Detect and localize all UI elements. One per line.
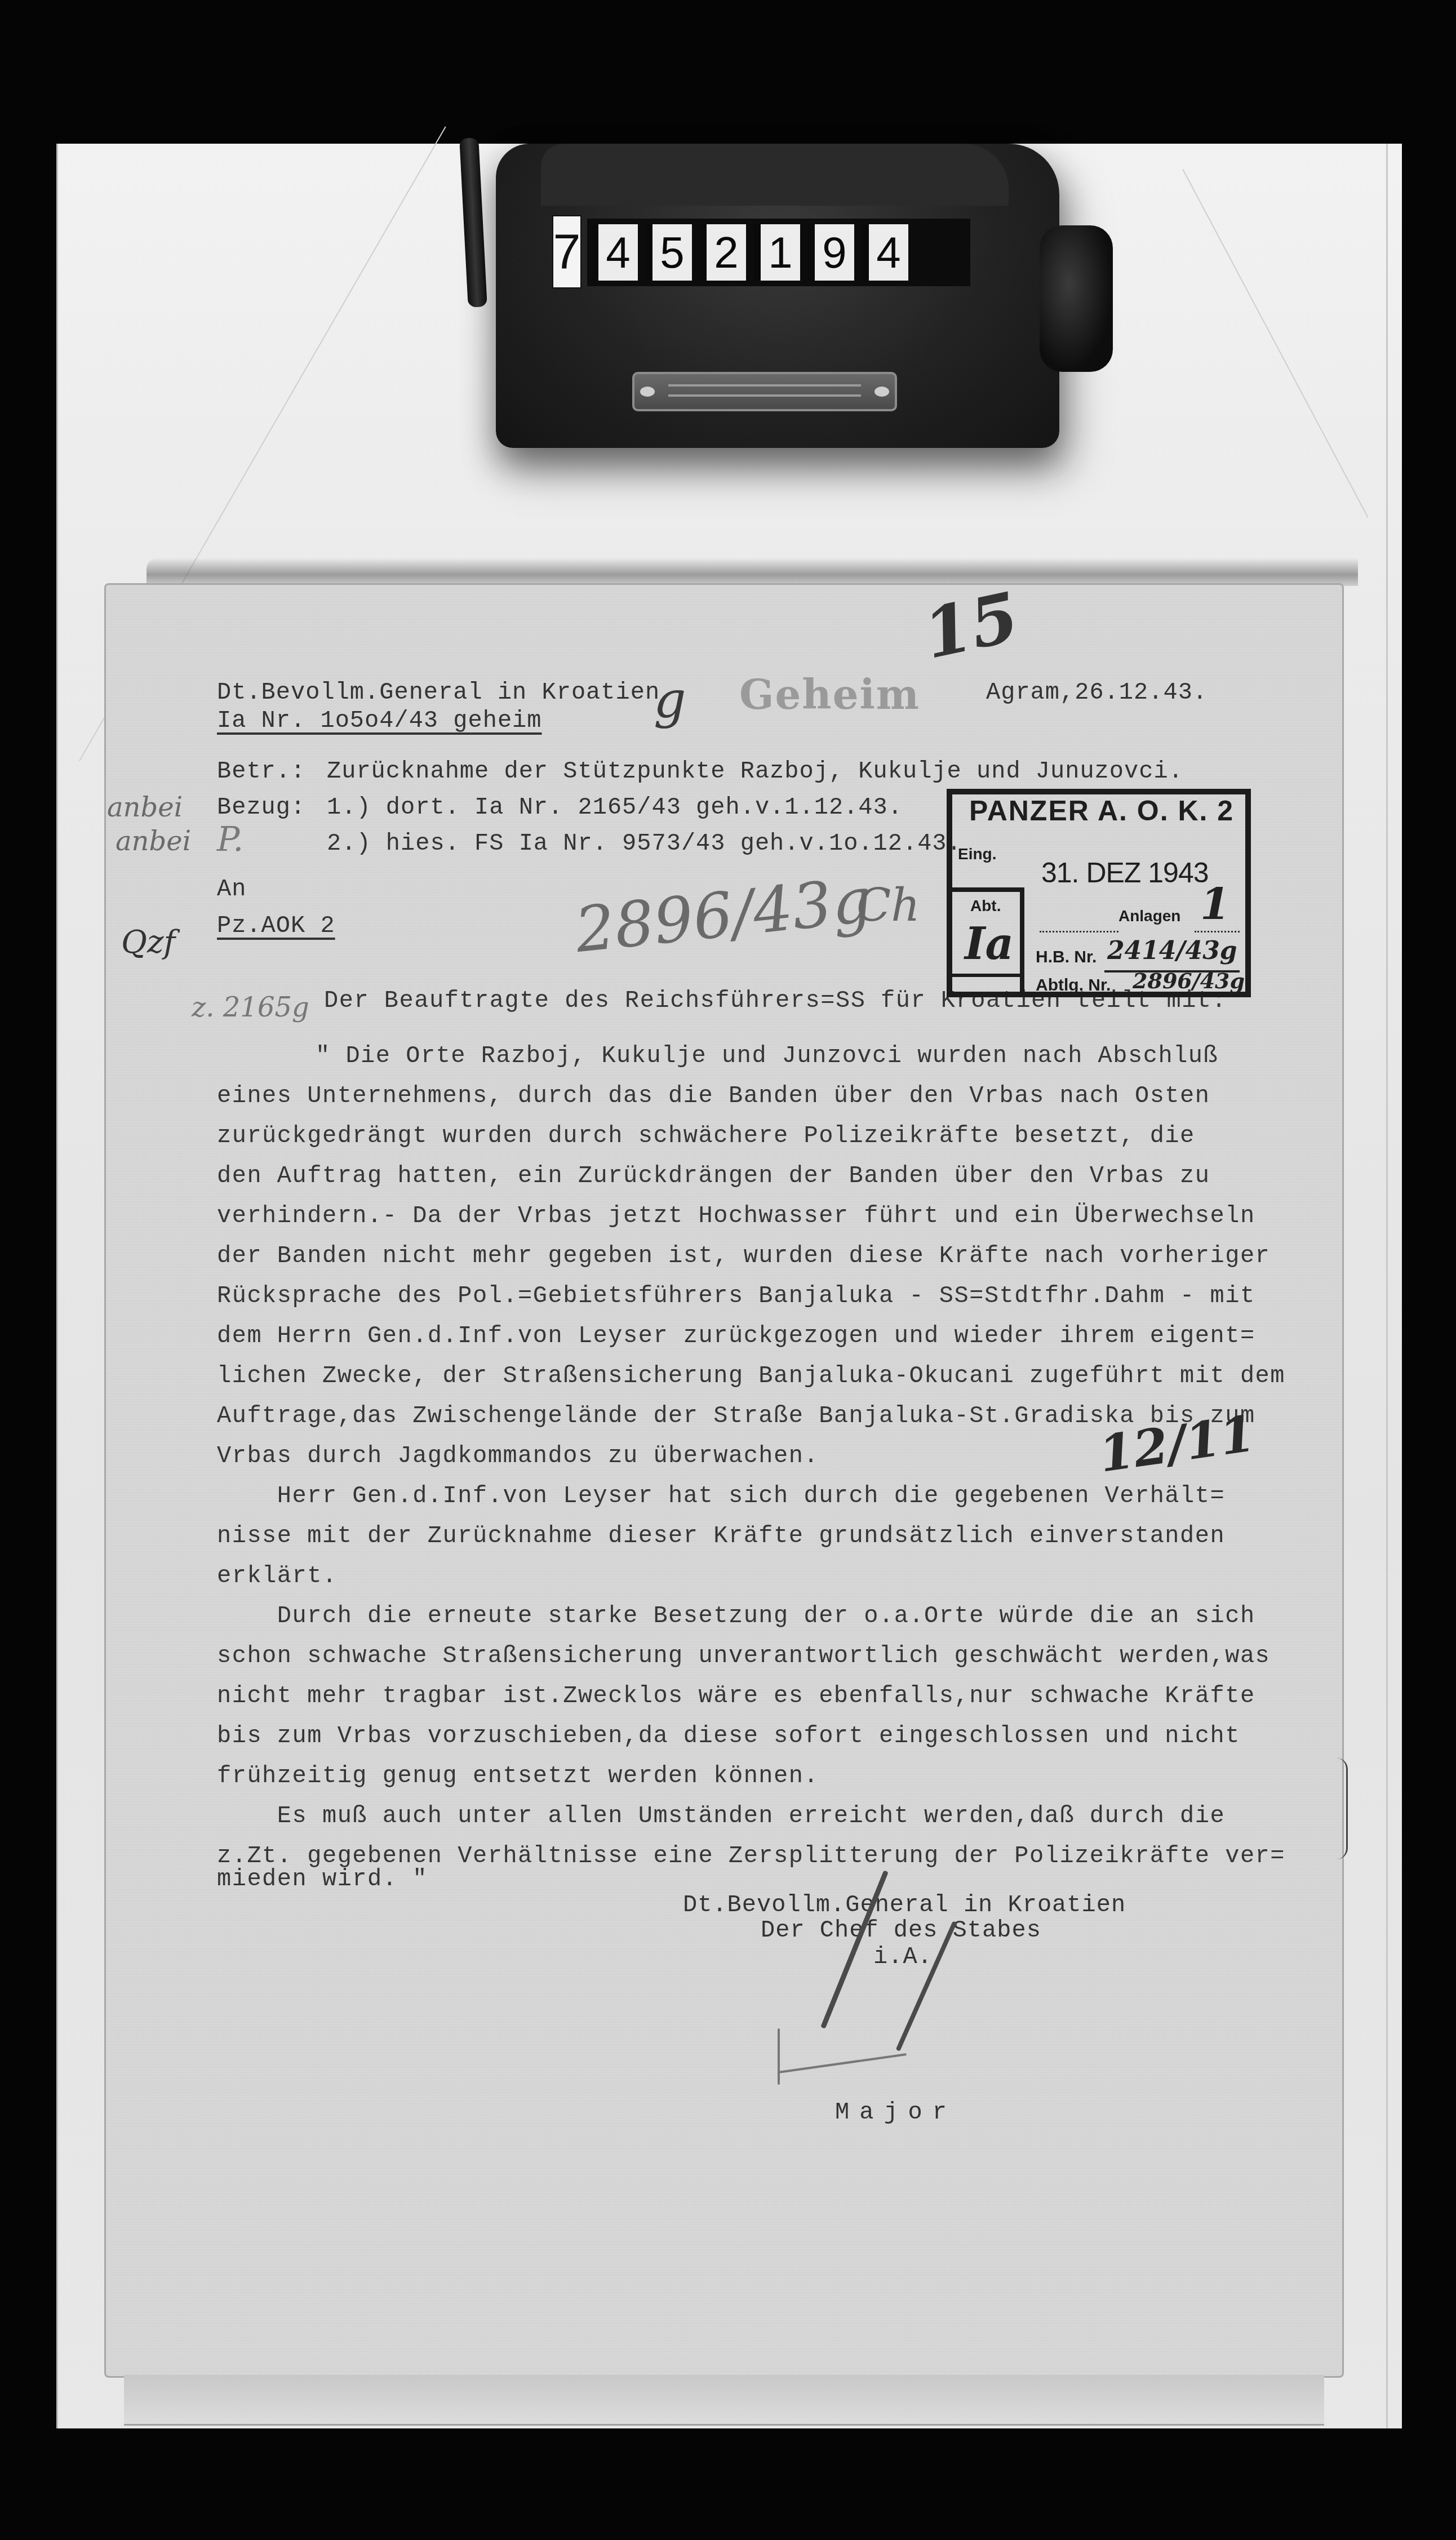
signature-ia: i.A.	[873, 1945, 933, 1969]
body-line: bis zum Vrbas vorzuschieben,da diese sof…	[217, 1722, 1240, 1749]
folder-edge	[1386, 144, 1388, 2428]
margin-reference: z. 2165g	[192, 992, 309, 1023]
sender-reference-number: Ia Nr. 1o5o4/43 geheim	[217, 709, 542, 732]
counter-digit: 1	[754, 224, 800, 281]
reference-item: 1.) dort. Ia Nr. 2165/43 geh.v.1.12.43.	[327, 796, 903, 819]
signature-title: Der Chef des Stabes	[761, 1919, 1041, 1942]
counter-nameplate	[632, 372, 897, 411]
signature-rank: Major	[835, 2101, 957, 2124]
body-line: zurückgedrängt wurden durch schwächere P…	[217, 1122, 1195, 1149]
body-line: nisse mit der Zurücknahme dieser Kräfte …	[217, 1522, 1225, 1549]
body-line: mieden wird. "	[217, 1866, 428, 1893]
body-line: den Auftrag hatten, ein Zurückdrängen de…	[217, 1162, 1210, 1189]
classification-stamp: Geheim	[739, 670, 920, 718]
body-line: lichen Zwecke, der Straßensicherung Banj…	[217, 1362, 1285, 1389]
sender-line-1: Dt.Bevollm.General in Kroatien	[217, 681, 660, 704]
stamp-abtlg-label: Abtlg. Nr.	[1036, 976, 1111, 995]
counter-digit: 4	[592, 224, 638, 281]
stamp-anlagen-label: Anlagen	[1118, 907, 1180, 925]
reference-item: 2.) hies. FS Ia Nr. 9573/43 geh.v.1o.12.…	[327, 832, 962, 855]
counter-prefix-label: 7	[552, 215, 581, 288]
subject-text: Zurücknahme der Stützpunkte Razboj, Kuku…	[327, 760, 1183, 783]
body-line: Durch die erneute starke Besetzung der o…	[217, 1602, 1255, 1629]
counter-knob	[1040, 225, 1113, 372]
body-line: dem Herrn Gen.d.Inf.von Leyser zurückgez…	[217, 1322, 1255, 1349]
recipient-label: An	[217, 877, 246, 901]
handwritten-journal-initial: Ch	[856, 879, 920, 931]
stamp-abt-label: Abt.	[970, 897, 1001, 915]
body-line: erklärt.	[217, 1562, 338, 1589]
signature-office: Dt.Bevollm.General in Kroatien	[683, 1893, 1126, 1917]
body-line: " Die Orte Razboj, Kukulje und Junzovci …	[316, 1042, 1218, 1069]
stamp-title: PANZER A. O. K. 2	[969, 794, 1234, 827]
body-line: verhindern.- Da der Vrbas jetzt Hochwass…	[217, 1202, 1255, 1229]
counter-housing-top	[541, 144, 1009, 206]
margin-initial: P.	[217, 820, 243, 859]
body-line: schon schwache Straßensicherung unverant…	[217, 1642, 1270, 1669]
stamp-date: 31. DEZ 1943	[1041, 856, 1209, 889]
plate-text-line	[668, 394, 861, 397]
stamp-hb-label: H.B. Nr.	[1036, 948, 1097, 967]
margin-note-anbei: anbei	[107, 792, 183, 823]
stamp-abt-value: Ia	[965, 918, 1014, 970]
document-shadow	[147, 558, 1358, 586]
stamp-anlagen-dots	[1040, 931, 1118, 932]
body-line: Es muß auch unter allen Umständen erreic…	[217, 1802, 1225, 1829]
margin-bracket	[1337, 1758, 1348, 1859]
stamp-abtlg-value: 2896/43g	[1133, 968, 1245, 993]
place-date: Agram,26.12.43.	[986, 681, 1208, 704]
document-bottom-fold	[124, 2375, 1324, 2426]
counter-digit: 4	[862, 224, 908, 281]
body-line: Herr Gen.d.Inf.von Leyser hat sich durch…	[217, 1482, 1225, 1509]
body-line: Vrbas durch Jagdkommandos zu überwachen.	[217, 1442, 819, 1469]
counter-digit: 5	[646, 224, 692, 281]
body-line: frühzeitig genug entsetzt werden können.	[217, 1762, 819, 1789]
handwritten-signature	[778, 2028, 780, 2085]
recipient-name: Pz.AOK 2	[217, 914, 335, 938]
handwritten-initial-sender: g	[654, 670, 686, 730]
stamp-anlagen-dots	[1195, 931, 1240, 932]
reference-label: Bezug:	[217, 796, 305, 819]
margin-code: Qzf	[121, 924, 175, 961]
stamp-abt-rule	[947, 974, 1024, 977]
counter-digit: 2	[700, 224, 746, 281]
counter-window: 4 5 2 1 9 4	[587, 219, 970, 286]
subject-label: Betr.:	[217, 760, 305, 783]
margin-note-anbei: anbei	[116, 825, 191, 857]
plate-text-line	[668, 384, 861, 387]
stamp-eing-label: Eing.	[958, 845, 996, 863]
stamp-hb-value: 2414/43g	[1107, 936, 1237, 965]
body-line: der Banden nicht mehr gegeben ist, wurde…	[217, 1242, 1270, 1269]
body-line: Rücksprache des Pol.=Gebietsführers Banj…	[217, 1282, 1255, 1309]
counter-digit: 9	[808, 224, 854, 281]
body-line: nicht mehr tragbar ist.Zwecklos wäre es …	[217, 1682, 1255, 1709]
stamp-anlagen-value: 1	[1200, 879, 1230, 929]
body-line: eines Unternehmens, durch das die Banden…	[217, 1082, 1210, 1109]
